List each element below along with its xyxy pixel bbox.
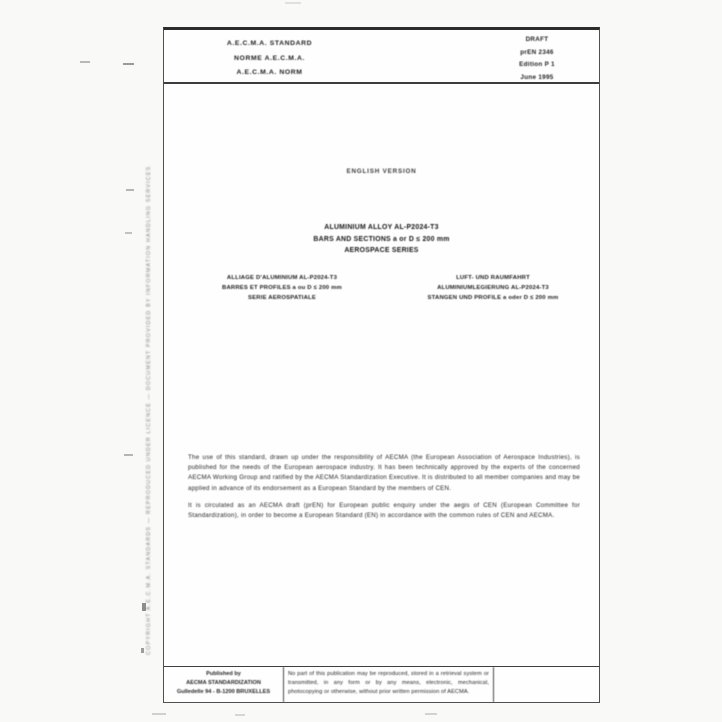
title-de-line: STANGEN UND PROFILE a oder D ≤ 200 mm bbox=[414, 293, 572, 303]
header-org-line: A.E.C.M.A. STANDARD bbox=[182, 37, 357, 52]
scanned-page-canvas: COPYRIGHT A.E.C.M.A. STANDARDS — REPRODU… bbox=[0, 0, 722, 722]
title-fr-line: BARRES ET PROFILES a ou D ≤ 200 mm bbox=[197, 283, 367, 293]
header-org-line: NORME A.E.C.M.A. bbox=[182, 52, 357, 67]
disclaimer-block: The use of this standard, drawn up under… bbox=[188, 453, 580, 528]
main-title-line: ALUMINIUM ALLOY AL-P2024-T3 bbox=[164, 222, 599, 234]
publisher-line: Published by bbox=[168, 670, 279, 679]
disclaimer-paragraph-1: The use of this standard, drawn up under… bbox=[188, 453, 580, 494]
footer-table: Published by AECMA STANDARDIZATION Gulle… bbox=[164, 666, 599, 702]
margin-mark bbox=[123, 63, 134, 65]
title-de: LUFT- UND RAUMFAHRT ALUMINIUMLEGIERUNG A… bbox=[414, 273, 572, 303]
disclaimer-paragraph-2: It is circulated as an AECMA draft (prEN… bbox=[188, 501, 580, 521]
title-fr: ALLIAGE D'ALUMINIUM AL-P2024-T3 BARRES E… bbox=[197, 273, 367, 303]
publisher-line: AECMA STANDARDIZATION bbox=[168, 679, 279, 688]
margin-mark bbox=[235, 714, 245, 716]
draft-status: DRAFT bbox=[491, 34, 583, 47]
margin-mark bbox=[126, 189, 134, 191]
margin-mark bbox=[124, 454, 133, 456]
margin-mark bbox=[125, 232, 132, 234]
header-org-block: A.E.C.M.A. STANDARD NORME A.E.C.M.A. A.E… bbox=[182, 37, 357, 81]
margin-mark bbox=[152, 713, 166, 715]
title-de-line: ALUMINIUMLEGIERUNG AL-P2024-T3 bbox=[414, 283, 572, 293]
margin-mark bbox=[425, 713, 437, 715]
title-fr-line: SERIE AEROSPATIALE bbox=[197, 293, 367, 303]
header-number-block: DRAFT prEN 2346 Edition P 1 June 1995 bbox=[491, 34, 583, 84]
main-title-line: BARS AND SECTIONS a or D ≤ 200 mm bbox=[164, 234, 599, 246]
title-fr-line: ALLIAGE D'ALUMINIUM AL-P2024-T3 bbox=[197, 273, 367, 283]
language-version-label: ENGLISH VERSION bbox=[164, 168, 599, 175]
footer-publisher-cell: Published by AECMA STANDARDIZATION Gulle… bbox=[164, 667, 284, 702]
main-title-line: AEROSPACE SERIES bbox=[164, 245, 599, 257]
margin-mark bbox=[80, 61, 90, 63]
standard-number: prEN 2346 bbox=[491, 47, 583, 60]
header-org-line: A.E.C.M.A. NORM bbox=[182, 66, 357, 81]
edition-label: Edition P 1 bbox=[491, 59, 583, 72]
side-licence-text: COPYRIGHT A.E.C.M.A. STANDARDS — REPRODU… bbox=[146, 95, 160, 655]
main-title-en: ALUMINIUM ALLOY AL-P2024-T3 BARS AND SEC… bbox=[164, 222, 599, 257]
footer-empty-cell bbox=[494, 667, 599, 702]
page-border-box: A.E.C.M.A. STANDARD NORME A.E.C.M.A. A.E… bbox=[163, 27, 600, 703]
header-divider-rule bbox=[164, 82, 599, 84]
publisher-line: Gulledelle 94 - B-1200 BRUXELLES bbox=[168, 688, 279, 697]
margin-mark bbox=[285, 2, 301, 4]
footer-copyright-cell: No part of this publication may be repro… bbox=[284, 667, 494, 702]
margin-mark bbox=[141, 648, 144, 653]
title-de-line: LUFT- UND RAUMFAHRT bbox=[414, 273, 572, 283]
